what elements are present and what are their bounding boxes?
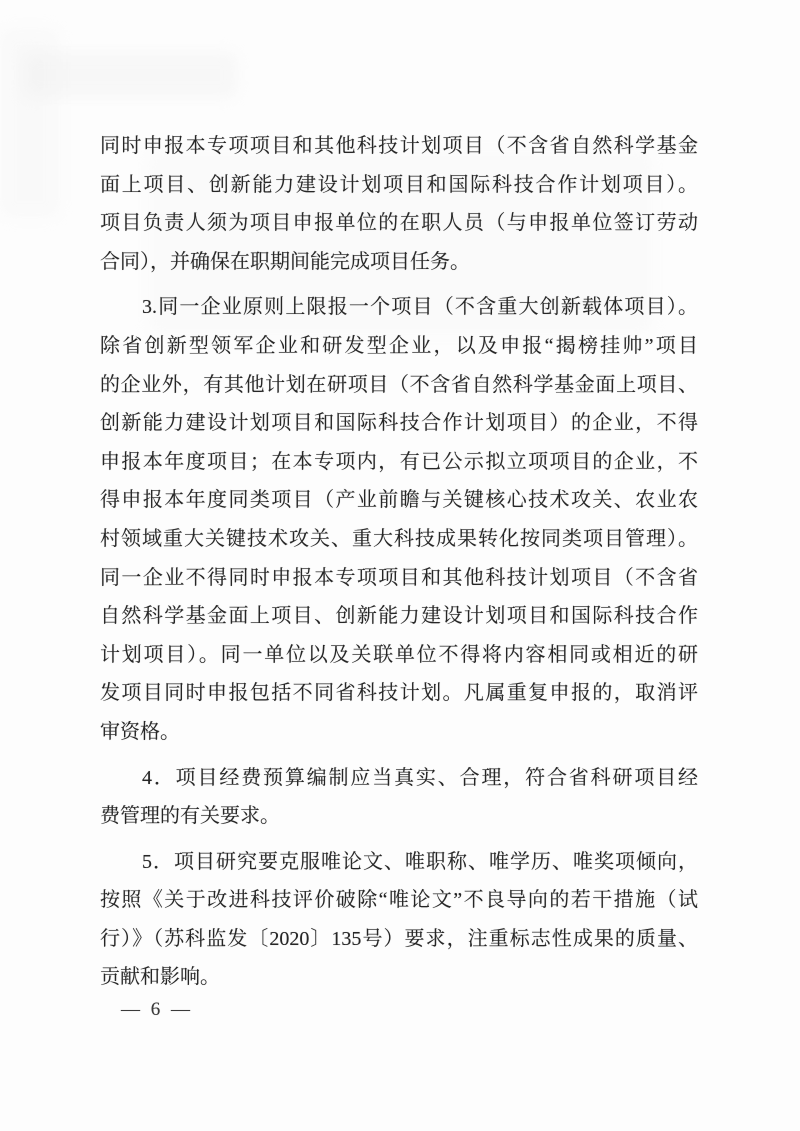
document-body: 同时申报本专项项目和其他科技计划项目（不含省自然科学基金面上项目、创新能力建设计… — [100, 127, 698, 997]
text-line: 费管理的有关要求。 — [100, 797, 698, 836]
text-line: 得申报本年度同类项目（产业前瞻与关键核心技术攻关、农业农 — [100, 481, 698, 520]
text-line: 同一企业不得同时申报本专项项目和其他科技计划项目（不含省 — [100, 559, 698, 598]
text-line: 创新能力建设计划项目和国际科技合作计划项目）的企业，不得 — [100, 404, 698, 443]
text-line: 按照《关于改进科技评价破除“唯论文”不良导向的若干措施（试 — [100, 881, 698, 920]
scan-artifact — [22, 52, 237, 98]
text-line: 审资格。 — [100, 713, 698, 752]
text-line: 的企业外，有其他计划在研项目（不含省自然科学基金面上项目、 — [100, 366, 698, 405]
text-line: 发项目同时申报包括不同省科技计划。凡属重复申报的，取消评 — [100, 674, 698, 713]
text-line: 计划项目）。同一单位以及关联单位不得将内容相同或相近的研 — [100, 636, 698, 675]
page-number: — 6 — — [121, 999, 193, 1021]
scan-artifact — [0, 28, 60, 218]
text-line: 除省创新型领军企业和研发型企业，以及申报“揭榜挂帅”项目 — [100, 327, 698, 366]
text-line: 自然科学基金面上项目、创新能力建设计划项目和国际科技合作 — [100, 597, 698, 636]
text-line: 同时申报本专项项目和其他科技计划项目（不含省自然科学基金 — [100, 127, 698, 166]
text-line: 行）》（苏科监发〔2020〕135号）要求，注重标志性成果的质量、 — [100, 920, 698, 959]
text-line: 面上项目、创新能力建设计划项目和国际科技合作计划项目）。 — [100, 166, 698, 205]
text-line: 申报本年度项目；在本专项内，有已公示拟立项项目的企业，不 — [100, 443, 698, 482]
text-line: 4．项目经费预算编制应当真实、合理，符合省科研项目经 — [100, 759, 698, 798]
document-page: 同时申报本专项项目和其他科技计划项目（不含省自然科学基金面上项目、创新能力建设计… — [0, 0, 800, 1131]
text-line: 3.同一企业原则上限报一个项目（不含重大创新载体项目）。 — [100, 288, 698, 327]
text-line: 贡献和影响。 — [100, 958, 698, 997]
text-line: 5．项目研究要克服唯论文、唯职称、唯学历、唯奖项倾向， — [100, 843, 698, 882]
text-line: 村领域重大关键技术攻关、重大科技成果转化按同类项目管理）。 — [100, 520, 698, 559]
text-line: 项目负责人须为项目申报单位的在职人员（与申报单位签订劳动 — [100, 204, 698, 243]
text-line: 合同），并确保在职期间能完成项目任务。 — [100, 243, 698, 282]
